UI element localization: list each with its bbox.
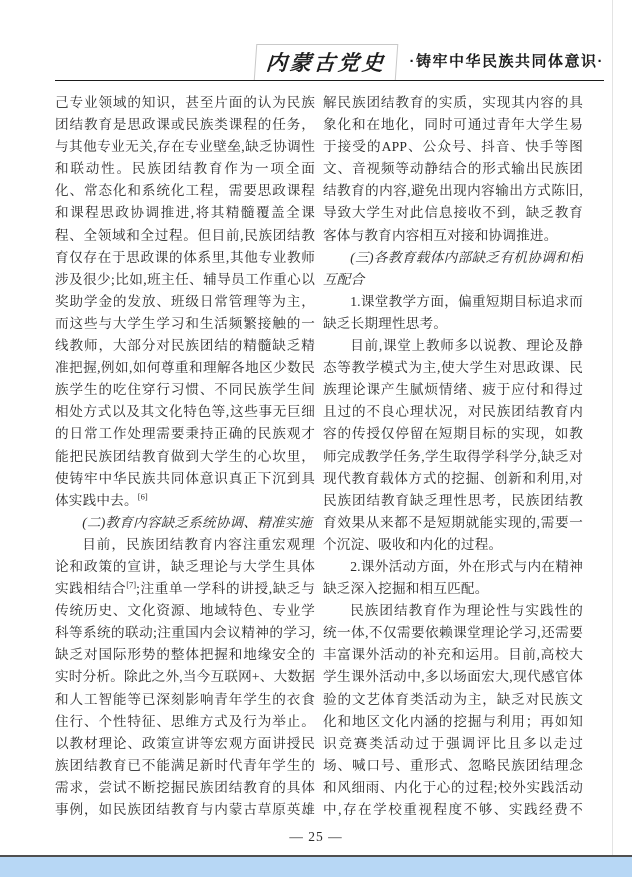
paragraph: 目前,课堂上教师多以说教、理论及静态等教学模式为主,使大学生对思政课、民族理论课… — [323, 335, 583, 556]
page-footer: — 25 — — [0, 829, 632, 845]
paragraph-text: ;注重单一学科的讲授,缺乏与传统历史、文化资源、地域特色、专业学科等系统的联动;… — [55, 581, 315, 822]
paragraph: 己专业领域的知识，甚至片面的认为民族团结教育是思政课或民族类课程的任务，与其他专… — [55, 92, 315, 512]
list-item-1: 1.课堂教学方面，偏重短期目标追求而缺乏长期理性思考。 — [323, 291, 583, 335]
left-column: 己专业领域的知识，甚至片面的认为民族团结教育是思政课或民族类课程的任务，与其他专… — [55, 92, 315, 822]
footnote-ref-6: [6] — [138, 491, 148, 501]
list-item-2: 2.课外活动方面，外在形式与内在精神缺乏深入挖掘和相互匹配。 — [323, 556, 583, 600]
page-number: — 25 — — [289, 829, 342, 844]
section-heading-3: (三)各教育载体内部缺乏有机协调和相互配合 — [323, 247, 583, 291]
paragraph: 目前，民族团结教育内容注重宏观理论和政策的宣讲，缺乏理论与大学生具体实践相结合[… — [55, 534, 315, 822]
footnote-ref-7: [7] — [126, 580, 136, 590]
paragraph: 解民族团结教育的实质，实现其内容的具象化和在地化，同时可通过青年大学生易于接受的… — [323, 92, 583, 247]
journal-page: 内蒙古党史 ·铸牢中华民族共同体意识· 己专业领域的知识，甚至片面的认为民族团结… — [0, 0, 632, 877]
paragraph-text: 己专业领域的知识，甚至片面的认为民族团结教育是思政课或民族类课程的任务，与其他专… — [55, 95, 315, 508]
bottom-bar — [0, 855, 632, 877]
right-column: 解民族团结教育的实质，实现其内容的具象化和在地化，同时可通过青年大学生易于接受的… — [323, 92, 583, 822]
article-body: 己专业领域的知识，甚至片面的认为民族团结教育是思政课或民族类课程的任务，与其他专… — [55, 92, 583, 822]
journal-logo: 内蒙古党史 — [254, 44, 399, 81]
section-heading-2: (二)教育内容缺乏系统协调、精准实施 — [55, 512, 315, 534]
column-title: ·铸牢中华民族共同体意识· — [410, 50, 605, 71]
scan-edge-line — [612, 0, 613, 855]
header-rule — [55, 80, 604, 81]
page-header: 内蒙古党史 ·铸牢中华民族共同体意识· — [55, 42, 604, 80]
paragraph: 民族团结教育作为理论性与实践性的统一体,不仅需要依赖课堂理论学习,还需要丰富课外… — [323, 600, 583, 822]
